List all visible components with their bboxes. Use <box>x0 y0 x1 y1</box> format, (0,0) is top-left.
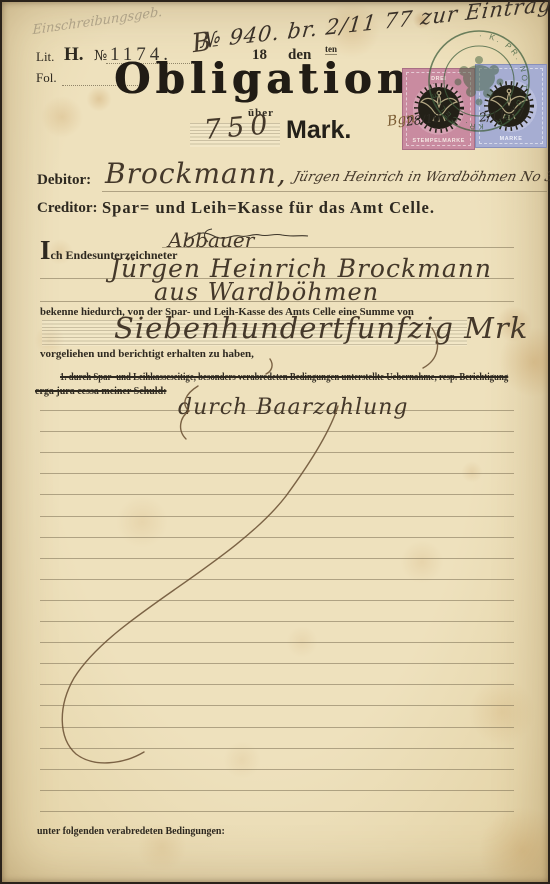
amount-figures: 750 <box>203 109 275 146</box>
ruled-line <box>40 769 514 770</box>
debitor-name: Brockmann, <box>105 157 287 190</box>
lit-letter: H. <box>64 44 84 66</box>
number-suffix: B <box>190 27 213 59</box>
debitor-underline <box>102 191 547 192</box>
pencil-note: Einschreibungsgeb. <box>32 5 162 38</box>
ruled-line <box>40 663 514 664</box>
numero-symbol: № <box>94 48 107 64</box>
declarant-origin: aus Wardböhmen <box>154 278 379 306</box>
lit-label: Lit. <box>36 49 54 65</box>
struck-clause-line2: erga jura cessa meiner Schuld: <box>35 386 166 397</box>
creditor-label: Creditor: <box>37 200 98 217</box>
declarant-status: Abbauer <box>168 228 254 252</box>
ruled-line <box>40 537 514 538</box>
document-paper: Einschreibungsgeb. № 940. br. 2/11 77 zu… <box>0 0 550 884</box>
ruled-line <box>40 494 514 495</box>
ruled-line <box>40 579 514 580</box>
amount-words: Siebenhundertfunfzig Mrk <box>114 311 528 345</box>
ruled-line <box>40 642 514 643</box>
received-clause: vorgeliehen und berichtigt erhalten zu h… <box>40 348 254 360</box>
ruled-line <box>40 748 514 749</box>
ruled-line <box>40 790 514 791</box>
ruled-line <box>40 811 514 812</box>
ruled-line <box>40 684 514 685</box>
debitor-details: Jürgen Heinrich in Wardböhmen No 32 <box>292 169 550 185</box>
document-title: Obligation <box>114 54 412 103</box>
ruled-line <box>40 473 514 474</box>
ruled-line <box>40 621 514 622</box>
payment-method-note: durch Baarzahlung <box>178 395 409 420</box>
creditor-value: Spar= und Leih=Kasse für das Amt Celle. <box>102 198 435 218</box>
ruled-line <box>40 452 514 453</box>
ruled-line <box>40 431 514 432</box>
ruled-line <box>40 727 514 728</box>
ruled-line <box>40 600 514 601</box>
mark-label: Mark. <box>286 116 351 145</box>
debitor-label: Debitor: <box>37 172 91 189</box>
struck-clause-line1: 1. durch Spar- und Leihkasseseitige, bes… <box>60 372 508 383</box>
notary-round-stamp: · K. PR. NOT. D. GR. KR. CELLE · <box>414 16 544 146</box>
ruled-line <box>40 558 514 559</box>
ruled-line <box>40 516 514 517</box>
ruled-line <box>40 705 514 706</box>
fol-label: Fol. <box>36 70 57 86</box>
conditions-intro: unter folgenden verabredeten Bedingungen… <box>37 826 225 837</box>
